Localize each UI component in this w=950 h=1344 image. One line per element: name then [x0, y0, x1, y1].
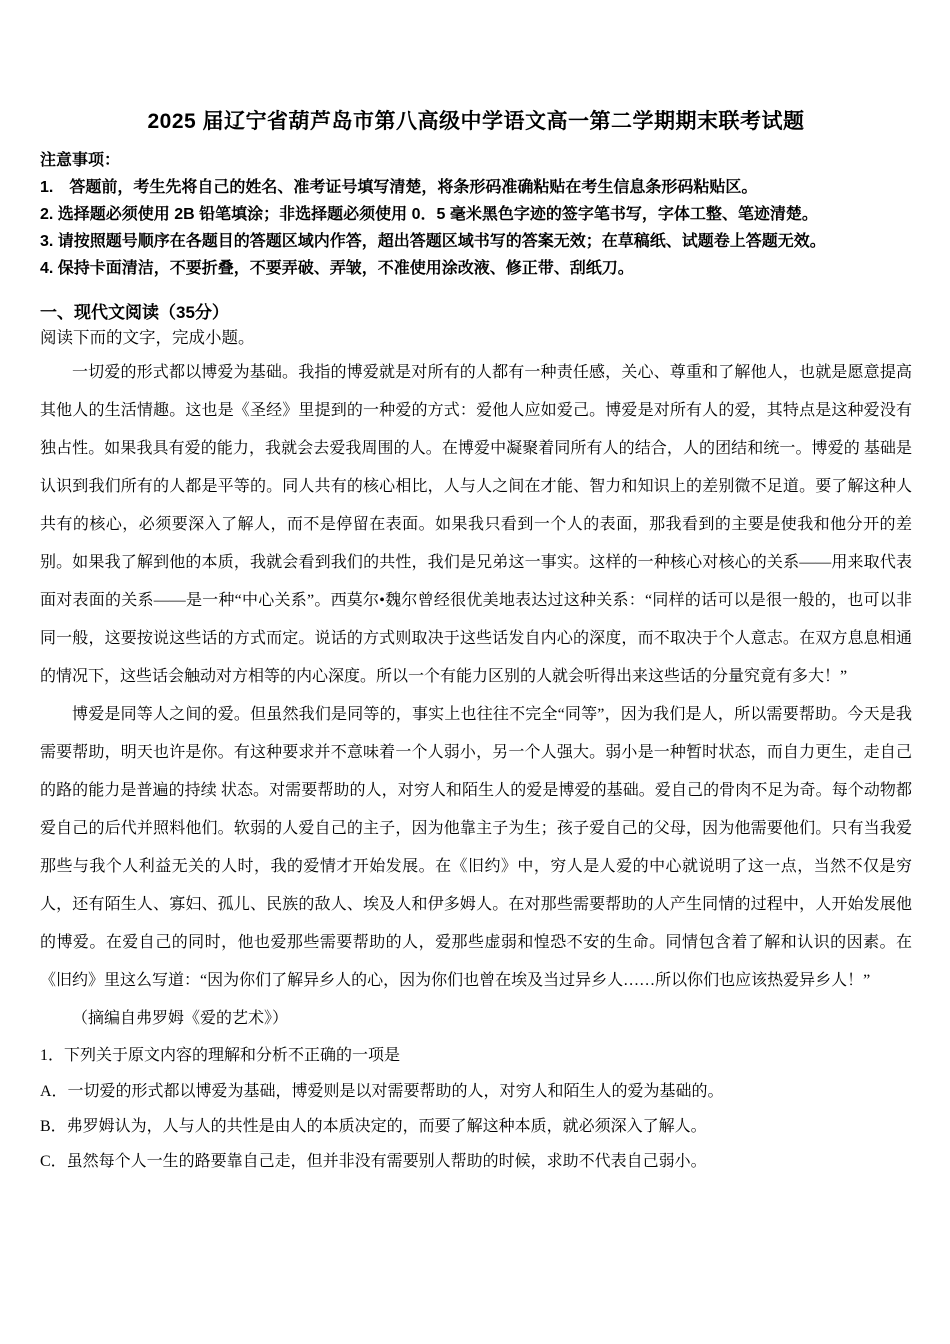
notice-heading: 注意事项：: [40, 148, 912, 174]
passage-paragraph-2: 博爱是同等人之间的爱。但虽然我们是同等的，事实上也往往不完全“同等”，因为我们是…: [40, 696, 912, 1000]
passage-paragraph-1: 一切爱的形式都以博爱为基础。我指的博爱就是对所有的人都有一种责任感，关心、尊重和…: [40, 354, 912, 696]
notice-item-1: 1. 答题前，考生先将自己的姓名、准考证号填写清楚，将条形码准确粘贴在考生信息条…: [40, 174, 912, 201]
exam-paper-page: 2025 届辽宁省葫芦岛市第八高级中学语文高一第二学期期末联考试题 注意事项： …: [0, 0, 950, 1344]
question-1-option-a: A．一切爱的形式都以博爱为基础，博爱则是以对需要帮助的人，对穷人和陌生人的爱为基…: [40, 1074, 912, 1109]
question-1-option-c: C．虽然每个人一生的路要靠自己走，但并非没有需要别人帮助的时候，求助不代表自己弱…: [40, 1144, 912, 1179]
question-1-stem: 1．下列关于原文内容的理解和分析不正确的一项是: [40, 1038, 912, 1074]
section-intro: 阅读下而的文字，完成小题。: [40, 325, 912, 350]
passage-source: （摘编自弗罗姆《爱的艺术》）: [40, 1000, 912, 1038]
section-heading: 一、现代文阅读（35分）: [40, 300, 912, 325]
page-title: 2025 届辽宁省葫芦岛市第八高级中学语文高一第二学期期末联考试题: [40, 106, 912, 138]
question-1-option-b: B．弗罗姆认为，人与人的共性是由人的本质决定的，而要了解这种本质，就必须深入了解…: [40, 1109, 912, 1144]
notice-item-2: 2. 选择题必须使用 2B 铅笔填涂；非选择题必须使用 0．5 毫米黑色字迹的签…: [40, 201, 912, 228]
notice-item-3: 3. 请按照题号顺序在各题目的答题区域内作答，超出答题区域书写的答案无效；在草稿…: [40, 228, 912, 255]
notice-item-4: 4. 保持卡面清洁，不要折叠，不要弄破、弄皱，不准使用涂改液、修正带、刮纸刀。: [40, 255, 912, 282]
notice-block: 注意事项： 1. 答题前，考生先将自己的姓名、准考证号填写清楚，将条形码准确粘贴…: [40, 148, 912, 282]
